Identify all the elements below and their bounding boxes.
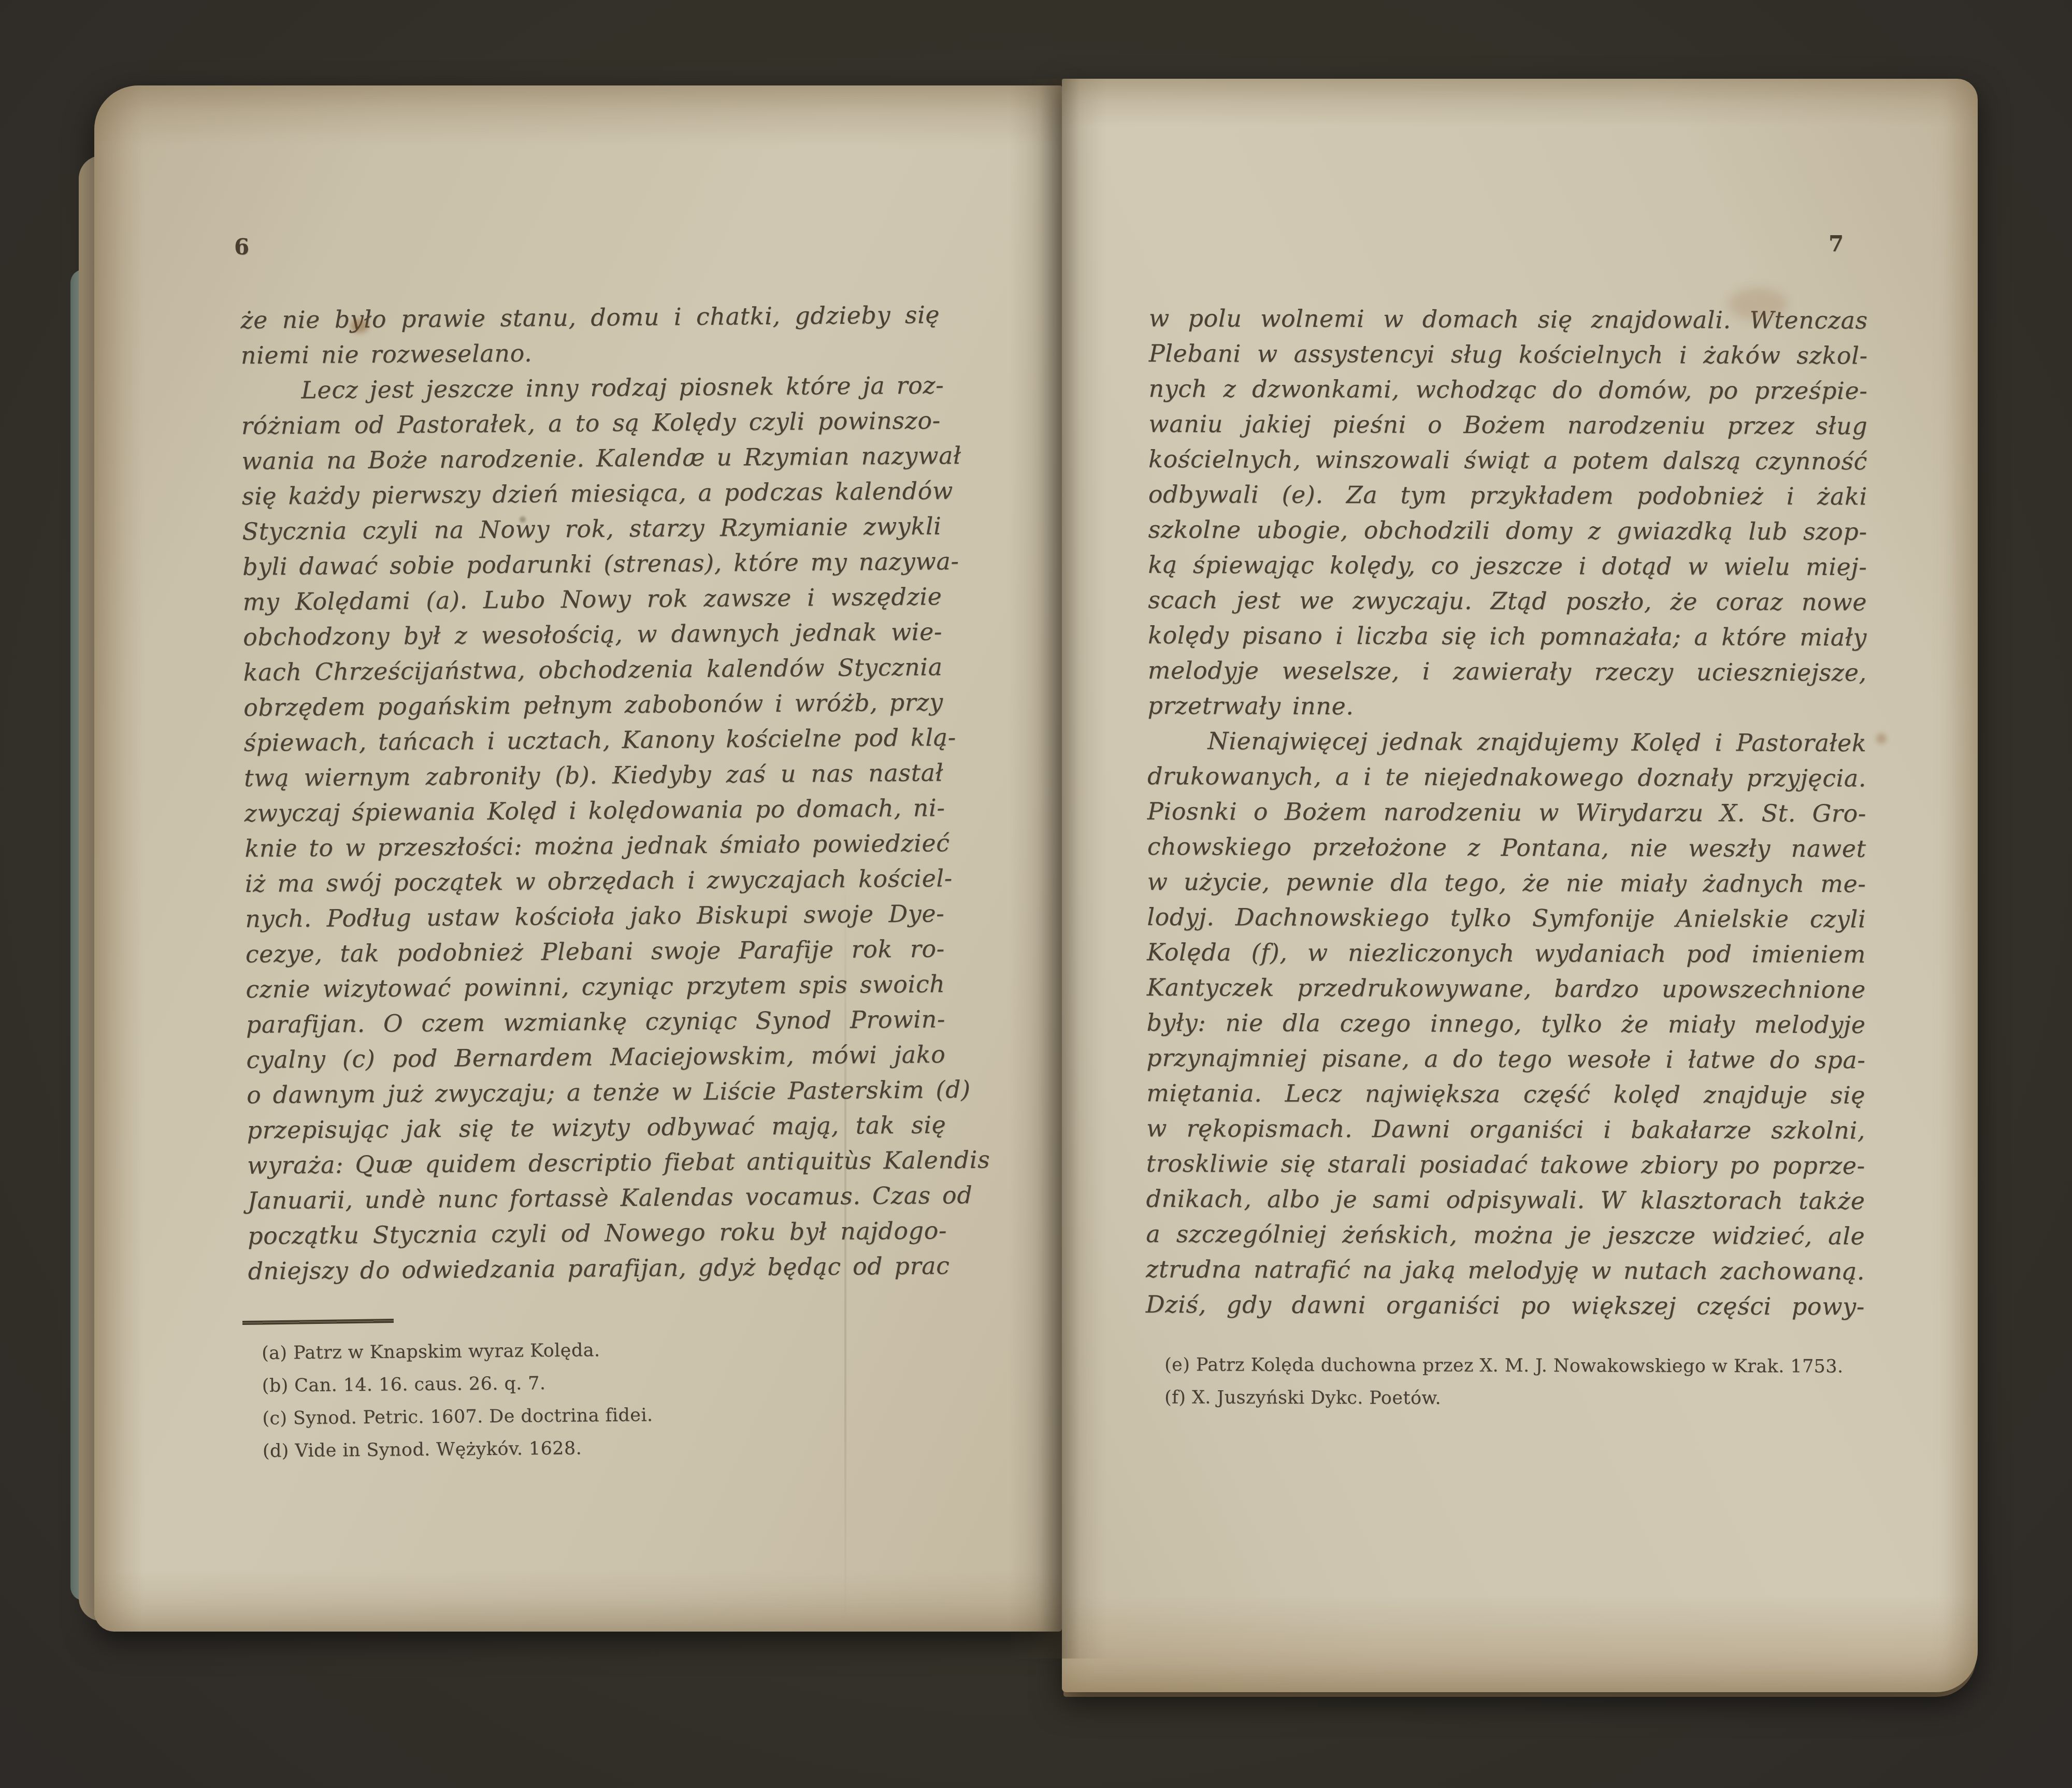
page-number-right: 7 (1829, 231, 1844, 256)
text-line: a szczególniej żeńskich, można je jeszcz… (1146, 1216, 1865, 1253)
text-line: Nienajwięcej jednak znajdujemy Kolęd i P… (1147, 723, 1866, 760)
text-line: różniam od Pastorałek, a to są Kolędy cz… (241, 402, 941, 443)
text-line: my Kolędami (a). Lubo Nowy rok zawsze i … (242, 579, 942, 619)
footnote-line: (c) Synod. Petric. 1607. De doctrina fid… (262, 1396, 946, 1435)
footnote-line: (a) Patrz w Knapskim wyraz Kolęda. (262, 1331, 945, 1370)
text-line: Kolęda (f), w niezliczonych wydaniach po… (1147, 934, 1866, 972)
text-line: się każdy pierwszy dzień miesiąca, a pod… (242, 473, 941, 514)
text-line: kościelnych, winszowali świąt a potem da… (1148, 441, 1867, 479)
text-line: niemi nie rozweselano. (241, 332, 940, 373)
text-line: o dawnym już zwyczaju; a tenże w Liście … (247, 1072, 946, 1113)
text-line: zwyczaj śpiewania Kolęd i kolędowania po… (244, 790, 943, 831)
text-line: byli dawać sobie podarunki (strenas), kt… (242, 543, 942, 584)
text-line: ztrudna natrafić na jaką melodyję w nuta… (1146, 1251, 1865, 1289)
text-line: przetrwały inne. (1147, 688, 1866, 725)
text-line: drukowanych, a i te niejednakowego dozna… (1147, 758, 1866, 796)
text-line: śpiewach, tańcach i ucztach, Kanony kośc… (243, 719, 943, 760)
text-line: nych z dzwonkami, wchodząc do domów, po … (1148, 371, 1867, 408)
text-line: Dziś, gdy dawni organiści po większej cz… (1146, 1287, 1865, 1324)
left-page-footnotes: (a) Patrz w Knapskim wyraz Kolęda.(b) Ca… (262, 1331, 946, 1468)
photo-backdrop: { "document_type": "scanned-book-spread"… (0, 0, 2072, 1788)
footnote-line: (d) Vide in Synod. Wężykóv. 1628. (263, 1429, 946, 1468)
footnote-line: (b) Can. 14. 16. caus. 26. q. 7. (262, 1364, 945, 1403)
text-line: w polu wolnemi w domach się znajdowali. … (1149, 300, 1868, 338)
text-line: Lecz jest jeszcze inny rodzaj piosnek kt… (241, 367, 940, 408)
text-line: odbywali (e). Za tym przykładem podobnie… (1148, 477, 1867, 514)
text-line: przynajmniej pisane, a do tego wesołe i … (1146, 1040, 1865, 1077)
text-line: melodyje weselsze, i zawierały rzeczy uc… (1148, 653, 1867, 690)
text-line: lodyj. Dachnowskiego tylko Symfonije Ani… (1147, 899, 1866, 936)
text-line: cyalny (c) pod Bernardem Maciejowskim, m… (246, 1036, 945, 1077)
text-line: dniejszy do odwiedzania parafijan, gdyż … (248, 1248, 947, 1289)
text-line: kach Chrześcijaństwa, obchodzenia kalend… (243, 649, 942, 690)
text-line: nych. Podług ustaw kościoła jako Biskupi… (245, 896, 944, 936)
text-line: parafijan. O czem wzmiankę czyniąc Synod… (246, 1001, 945, 1042)
text-line: dnikach, albo je sami odpisywali. W klas… (1146, 1181, 1865, 1218)
text-line: Januarii, undè nunc fortassè Kalendas vo… (247, 1177, 946, 1218)
page-number-left: 6 (234, 234, 249, 259)
text-line: wania na Boże narodzenie. Kalendæ u Rzym… (241, 438, 941, 479)
left-page-text: że nie było prawie stanu, domu i chatki,… (240, 297, 947, 1289)
text-line: Kantyczek przedrukowywane, bardzo upowsz… (1147, 970, 1866, 1007)
text-line: chowskiego przełożone z Pontana, nie wes… (1147, 829, 1866, 866)
text-line: troskliwie się starali posiadać takowe z… (1146, 1146, 1865, 1183)
text-line: twą wiernym zabroniły (b). Kiedyby zaś u… (244, 755, 943, 796)
text-line: iż ma swój początek w obrzędach i zwycza… (245, 860, 944, 901)
footnote-line: (e) Patrz Kolęda duchowna przez X. M. J.… (1164, 1349, 1900, 1383)
text-line: cezye, tak podobnież Plebani swoje Paraf… (246, 931, 945, 972)
text-line: były: nie dla czego innego, tylko że mia… (1147, 1005, 1866, 1042)
text-line: kolędy pisano i liczba się ich pomnażała… (1148, 617, 1867, 655)
right-page-text: w polu wolnemi w domach się znajdowali. … (1146, 300, 1868, 1324)
text-line: szkolne ubogie, obchodzili domy z gwiazd… (1148, 512, 1867, 549)
text-line: cznie wizytować powinni, czyniąc przytem… (246, 966, 945, 1007)
text-line: że nie było prawie stanu, domu i chatki,… (240, 297, 940, 338)
text-line: Piosnki o Bożem narodzeniu w Wirydarzu X… (1147, 794, 1866, 831)
footnote-line: (f) X. Juszyński Dykc. Poetów. (1164, 1381, 1900, 1416)
text-line: przepisując jak się te wizyty odbywać ma… (247, 1107, 946, 1148)
text-line: początku Stycznia czyli od Nowego roku b… (248, 1213, 947, 1253)
gutter-shadow (1009, 79, 1107, 1659)
text-line: Plebani w assystencyi sług kościelnych i… (1149, 336, 1868, 373)
text-line: scach jest we zwyczaju. Ztąd poszło, że … (1148, 582, 1867, 619)
right-page-footnotes: (e) Patrz Kolęda duchowna przez X. M. J.… (1164, 1349, 1900, 1416)
text-line: w rękopismach. Dawni organiści i bakałar… (1146, 1111, 1865, 1148)
text-line: ką śpiewając kolędy, co jeszcze i dotąd … (1148, 547, 1867, 584)
text-line: wyraża: Quæ quidem descriptio fiebat ant… (247, 1142, 946, 1183)
text-line: knie to w przeszłości: można jednak śmia… (244, 825, 944, 866)
text-line: waniu jakiej pieśni o Bożem narodzeniu p… (1148, 406, 1867, 443)
text-line: miętania. Lecz największa część kolęd zn… (1146, 1075, 1865, 1113)
text-line: w użycie, pewnie dla tego, że nie miały … (1147, 864, 1866, 901)
text-line: obchodzony był z wesołością, w dawnych j… (243, 614, 942, 655)
text-line: obrzędem pogańskim pełnym zabobonów i wr… (243, 684, 943, 725)
text-line: Stycznia czyli na Nowy rok, starzy Rzymi… (242, 508, 941, 549)
